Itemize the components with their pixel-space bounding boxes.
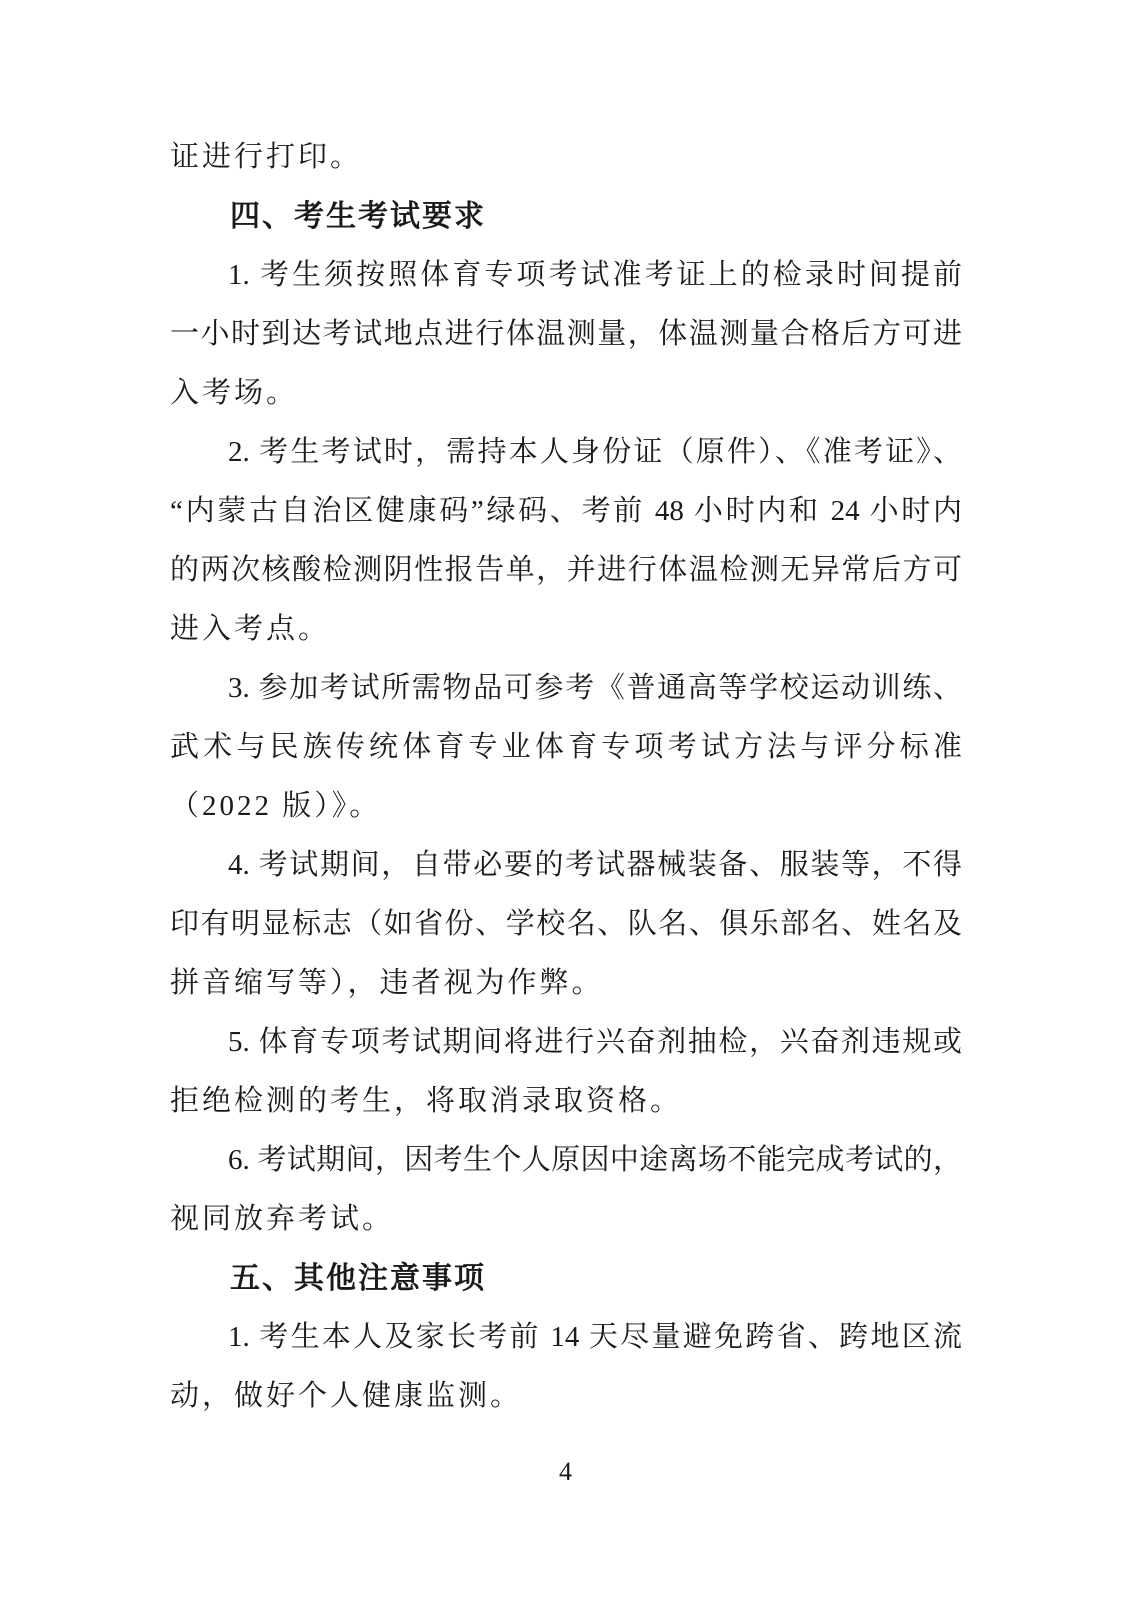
text-line: （2022 版）》。 (170, 777, 962, 836)
text-line: 1. 考生本人及家长考前 14 天尽量避免跨省、跨地区流 (170, 1308, 962, 1367)
text-line: 进入考点。 (170, 600, 962, 659)
text-line: 2. 考生考试时，需持本人身份证（原件）、《准考证》、 (170, 423, 962, 482)
text-line: 的两次核酸检测阴性报告单，并进行体温检测无异常后方可 (170, 541, 962, 600)
text-line: 6. 考试期间，因考生个人原因中途离场不能完成考试的， (170, 1131, 962, 1190)
text-line: 一小时到达考试地点进行体温测量，体温测量合格后方可进 (170, 305, 962, 364)
text-line: 1. 考生须按照体育专项考试准考证上的检录时间提前 (170, 246, 962, 305)
text-line: 证进行打印。 (170, 128, 962, 187)
text-line: 视同放弃考试。 (170, 1190, 962, 1249)
section-heading-4: 四、考生考试要求 (170, 187, 962, 246)
document-body: 证进行打印。 四、考生考试要求 1. 考生须按照体育专项考试准考证上的检录时间提… (170, 128, 962, 1426)
text-line: 印有明显标志（如省份、学校名、队名、俱乐部名、姓名及 (170, 895, 962, 954)
text-line: 武术与民族传统体育专业体育专项考试方法与评分标准 (170, 718, 962, 777)
text-line: “内蒙古自治区健康码”绿码、考前 48 小时内和 24 小时内 (170, 482, 962, 541)
text-line: 拼音缩写等），违者视为作弊。 (170, 954, 962, 1013)
section-heading-5: 五、其他注意事项 (170, 1249, 962, 1308)
document-page: 证进行打印。 四、考生考试要求 1. 考生须按照体育专项考试准考证上的检录时间提… (0, 0, 1131, 1600)
text-line: 3. 参加考试所需物品可参考《普通高等学校运动训练、 (170, 659, 962, 718)
text-line: 4. 考试期间，自带必要的考试器械装备、服装等，不得 (170, 836, 962, 895)
text-line: 入考场。 (170, 364, 962, 423)
text-line: 5. 体育专项考试期间将进行兴奋剂抽检，兴奋剂违规或 (170, 1013, 962, 1072)
text-line: 动，做好个人健康监测。 (170, 1367, 962, 1426)
text-line: 拒绝检测的考生，将取消录取资格。 (170, 1072, 962, 1131)
page-number: 4 (0, 1452, 1131, 1492)
